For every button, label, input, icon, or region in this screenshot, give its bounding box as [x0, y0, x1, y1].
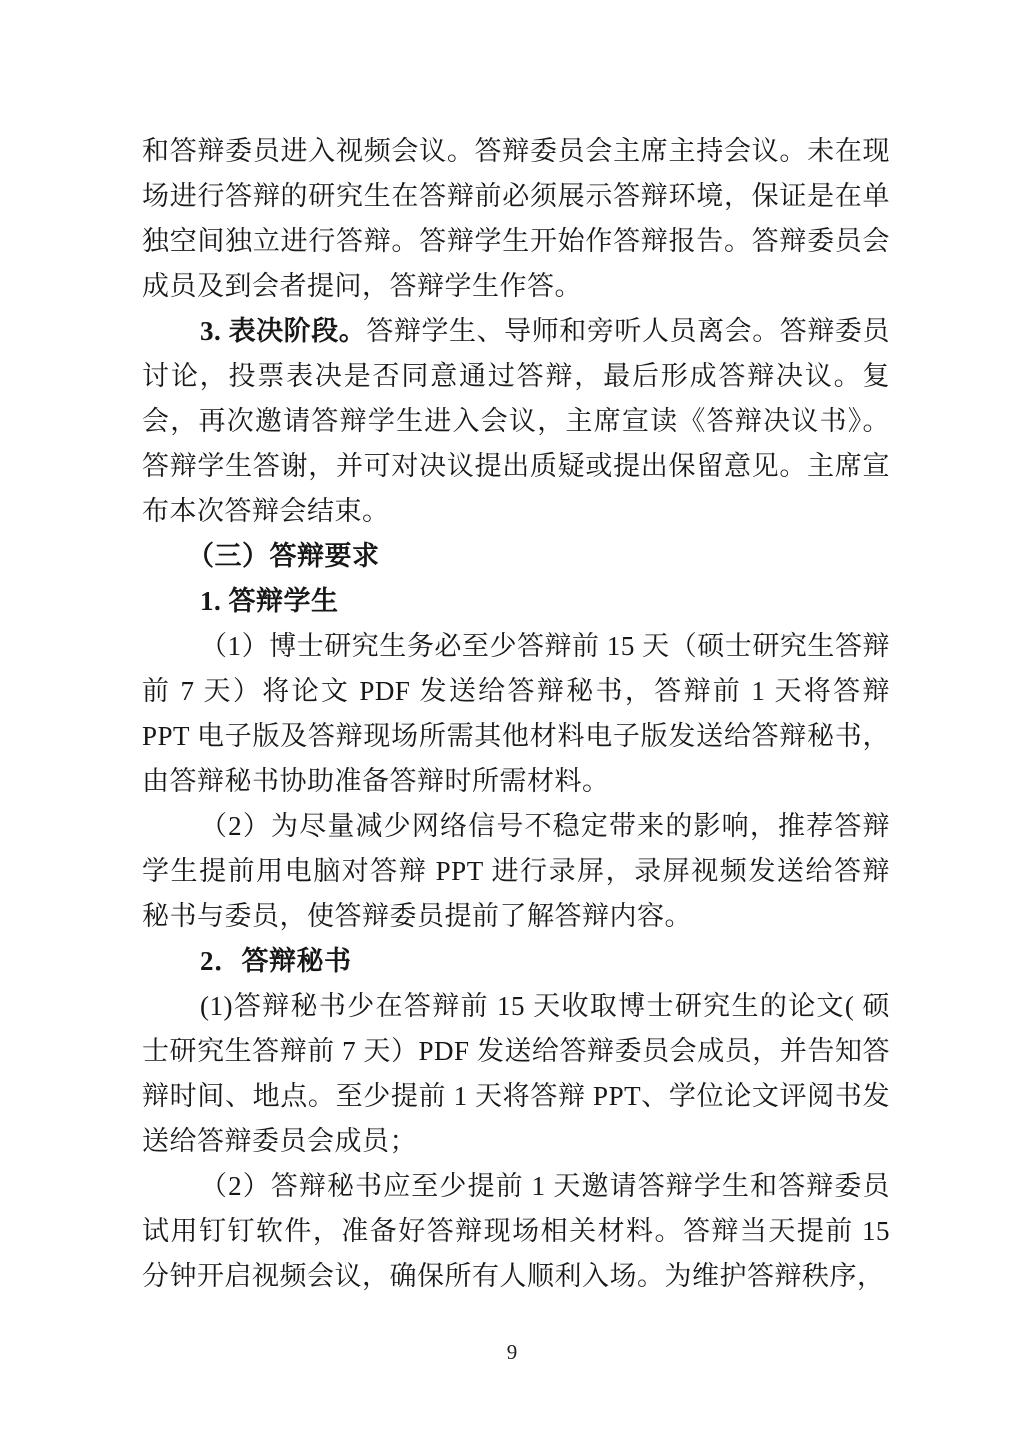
page-number: 9 [0, 1340, 1024, 1365]
voting-stage-text: 答辩学生、导师和旁听人员离会。答辩委员讨论，投票表决是否同意通过答辩，最后形成答… [142, 316, 890, 526]
paragraph-secretary-item-2: （2）答辩秘书应至少提前 1 天邀请答辩学生和答辩委员试用钉钉软件，准备好答辩现… [142, 1164, 890, 1299]
document-page: 和答辩委员进入视频会议。答辩委员会主席主持会议。未在现场进行答辩的研究生在答辩前… [0, 0, 1024, 1448]
paragraph-secretary-item-1: (1)答辩秘书少在答辩前 15 天收取博士研究生的论文( 硕士研究生答辩前 7 … [142, 984, 890, 1164]
paragraph-voting-stage: 3. 表决阶段。答辩学生、导师和旁听人员离会。答辩委员讨论，投票表决是否同意通过… [142, 309, 890, 534]
heading-defense-requirements: （三）答辩要求 [142, 534, 890, 579]
paragraph-defense-meeting: 和答辩委员进入视频会议。答辩委员会主席主持会议。未在现场进行答辩的研究生在答辩前… [142, 129, 890, 309]
document-body: 和答辩委员进入视频会议。答辩委员会主席主持会议。未在现场进行答辩的研究生在答辩前… [142, 129, 890, 1299]
heading-defense-student: 1. 答辩学生 [142, 579, 890, 624]
paragraph-student-item-1: （1）博士研究生务必至少答辩前 15 天（硕士研究生答辩前 7 天）将论文 PD… [142, 624, 890, 804]
paragraph-student-item-2: （2）为尽量减少网络信号不稳定带来的影响，推荐答辩学生提前用电脑对答辩 PPT … [142, 804, 890, 939]
heading-defense-secretary: 2．答辩秘书 [142, 939, 890, 984]
voting-stage-heading: 3. 表决阶段。 [200, 316, 366, 346]
